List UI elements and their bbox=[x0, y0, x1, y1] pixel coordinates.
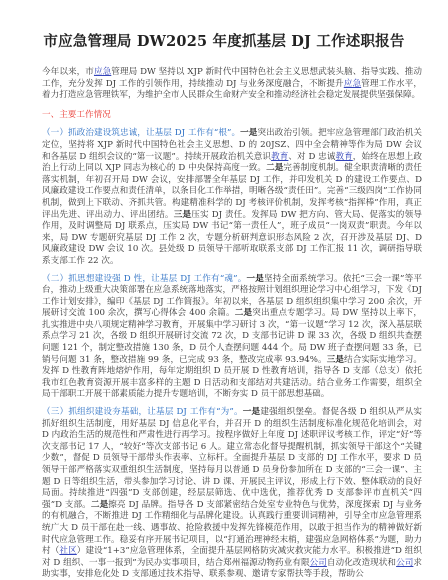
text-run: 建强组织堡垒。督促各级 D 组织从严从实抓好组织生活制度，用好基层 DJ 信息化… bbox=[42, 407, 422, 510]
inline-link[interactable]: 社区 bbox=[59, 546, 76, 556]
text-run: 自动化改造现状和 bbox=[327, 558, 396, 568]
bold-lead: 二是 bbox=[91, 500, 108, 510]
document-page: 市应急管理局 DW2025 年度抓基层 DJ 工作述职报告 今年以来，市应急管理… bbox=[0, 0, 448, 580]
bold-lead: 一是 bbox=[243, 407, 261, 417]
subsection-1-heading: （一）抓政治建设筑忠诚，让基层 DJ 工作有“根”。 bbox=[42, 128, 240, 138]
bold-lead: 三是 bbox=[174, 210, 192, 220]
bold-lead: 三是 bbox=[327, 355, 344, 365]
bold-lead: 一是 bbox=[240, 128, 257, 138]
subsection-1-paragraph: （一）抓政治建设筑忠诚，让基层 DJ 工作有“根”。一是突出政治引领。把牢应急管… bbox=[42, 128, 422, 267]
subsection-3-heading: （三）抓组织建设夯基础，让基层 DJ 工作有“为”。 bbox=[42, 407, 243, 417]
inline-link[interactable]: 公司 bbox=[310, 558, 327, 568]
inline-link[interactable]: 应急 bbox=[344, 79, 361, 89]
document-body: 今年以来，市应急管理局 DW 坚持以 XJP 新时代中国特色社会主义思想武装头脑… bbox=[42, 67, 422, 580]
bold-lead: 二是 bbox=[235, 308, 252, 318]
subsection-2-heading: （二）抓思想建设强 D 性，让基层 DJ 工作有“魂”。 bbox=[42, 274, 246, 284]
text-run: 、对 D 忠诚 bbox=[288, 152, 335, 162]
subsection-2-paragraph: （二）抓思想建设强 D 性，让基层 DJ 工作有“魂”。一是坚持全面系统学习。依… bbox=[42, 274, 422, 402]
subsection-3-paragraph: （三）抓组织建设夯基础，让基层 DJ 工作有“为”。一是建强组织堡垒。督促各级 … bbox=[42, 407, 422, 580]
bold-lead: 二是 bbox=[266, 163, 283, 173]
inline-link[interactable]: 教育 bbox=[335, 152, 352, 162]
document-title: 市应急管理局 DW2025 年度抓基层 DJ 工作述职报告 bbox=[0, 30, 448, 51]
subsection-2-content: 一是坚持全面系统学习。依托“三会一课”等平台，推动上级重大决策部署在应急系统落地… bbox=[42, 274, 422, 400]
subsection-1-content: 一是突出政治引领。把牢应急管理部门政治机关定位，坚持将 XJP 新时代中国特色社… bbox=[42, 128, 422, 266]
inline-link[interactable]: 教育 bbox=[271, 152, 288, 162]
inline-link[interactable]: 公司 bbox=[396, 558, 413, 568]
inline-link[interactable]: 应急 bbox=[94, 67, 111, 77]
text-run: 今年以来，市 bbox=[42, 67, 94, 77]
intro-paragraph: 今年以来，市应急管理局 DW 坚持以 XJP 新时代中国特色社会主义思想武装头脑… bbox=[42, 67, 422, 102]
section-heading: 一、主要工作情况 bbox=[42, 110, 422, 122]
bold-lead: 一是 bbox=[246, 274, 264, 284]
subsection-3-content: 一是建强组织堡垒。督促各级 D 组织从严从实抓好组织生活制度，用好基层 DJ 信… bbox=[42, 407, 422, 579]
